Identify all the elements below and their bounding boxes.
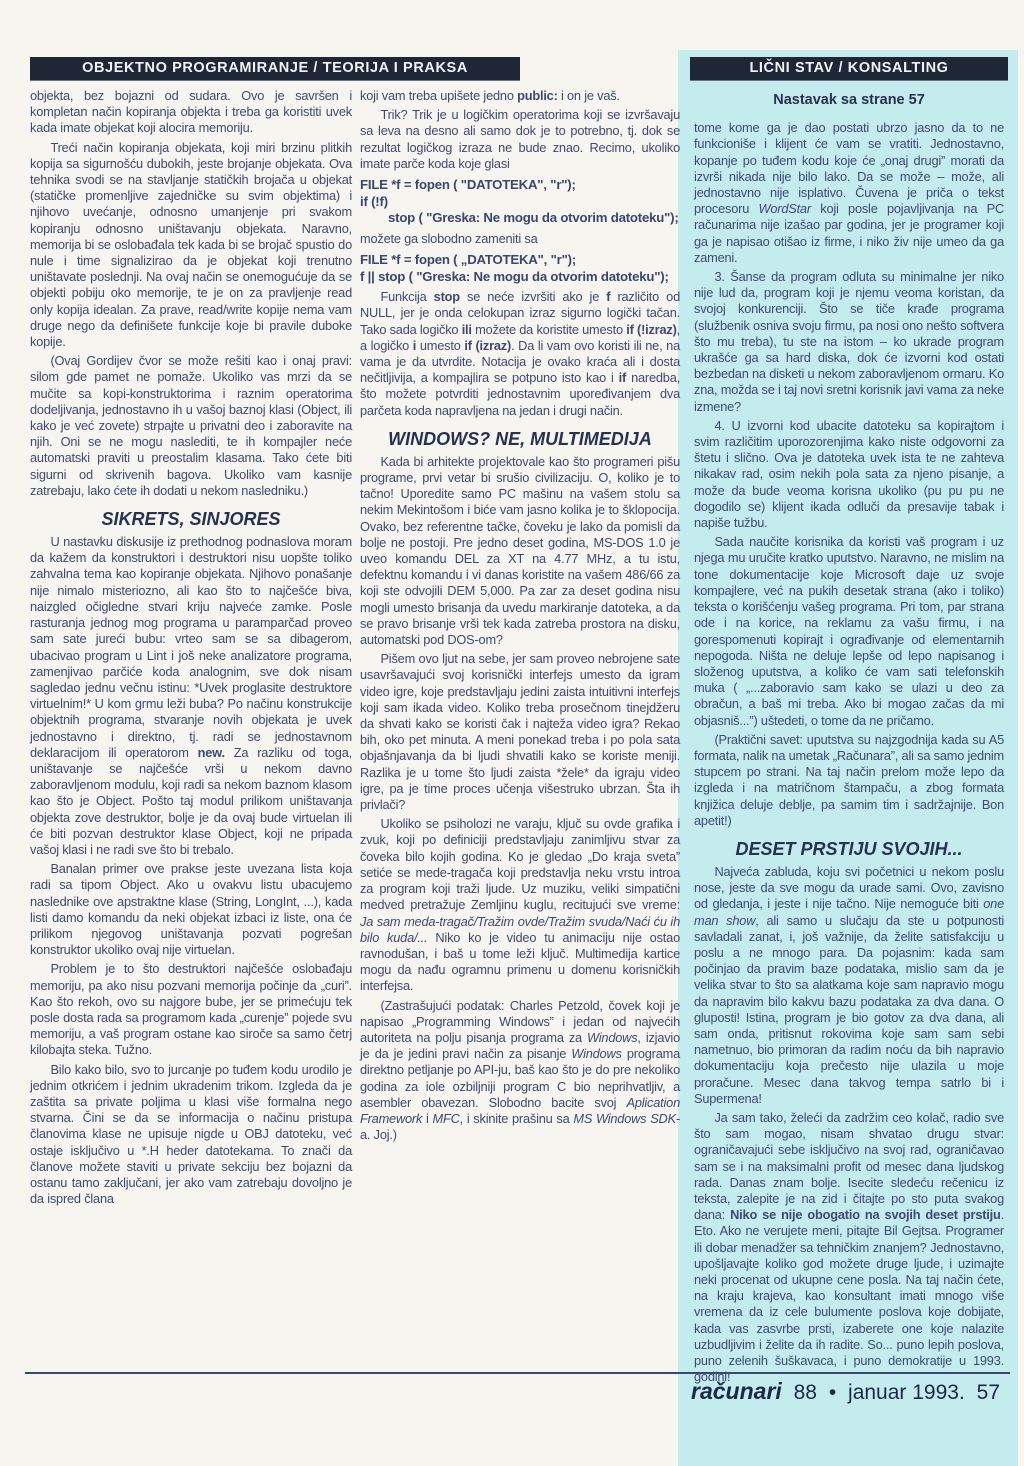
bullet-separator: • bbox=[829, 1381, 836, 1404]
page-footer: računari 88 • januar 1993. 57 bbox=[25, 1378, 1000, 1405]
code-line: FILE *f = fopen ( „DATOTEKA", "r"); bbox=[360, 252, 680, 269]
paragraph: Sada naučite korisnika da koristi vaš pr… bbox=[694, 534, 1004, 728]
paragraph: Banalan primer ove prakse jeste uvezana … bbox=[30, 861, 352, 958]
subheading-windows-multimedija: WINDOWS? NE, MULTIMEDIJA bbox=[360, 429, 680, 449]
page-number: 57 bbox=[977, 1381, 1000, 1404]
issue-number: 88 bbox=[794, 1381, 817, 1404]
paragraph: Trik? Trik je u logičkim operatorima koj… bbox=[360, 107, 680, 172]
paragraph: (Praktični savet: uputstva su najzgodnij… bbox=[694, 732, 1004, 829]
continuation-note: Nastavak sa strane 57 bbox=[694, 92, 1004, 108]
column-right: Nastavak sa strane 57 tome kome ga je da… bbox=[694, 88, 1004, 1385]
subheading-deset-prstiju: DESET PRSTIJU SVOJIH... bbox=[694, 839, 1004, 859]
section-header-left-label: OBJEKTNO PROGRAMIRANJE / TEORIJA I PRAKS… bbox=[82, 60, 468, 76]
column-middle: koji vam treba upišete jedno public: i o… bbox=[360, 88, 680, 1143]
paragraph: tome kome ga je dao postati ubrzo jasno … bbox=[694, 120, 1004, 266]
paragraph: Bilo kako bilo, svo to jurcanje po tuđem… bbox=[30, 1062, 352, 1208]
column-left: objekta, bez bojazni od sudara. Ovo je s… bbox=[30, 88, 352, 1207]
magazine-name: računari bbox=[691, 1378, 782, 1404]
paragraph: objekta, bez bojazni od sudara. Ovo je s… bbox=[30, 88, 352, 137]
paragraph: (Zastrašujući podatak: Charles Petzold, … bbox=[360, 998, 680, 1144]
paragraph: 3. Šanse da program odluta su minimalne … bbox=[694, 269, 1004, 415]
paragraph: Ja sam tako, želeći da zadržim ceo kolač… bbox=[694, 1110, 1004, 1385]
paragraph: možete ga slobodno zameniti sa bbox=[360, 231, 680, 247]
paragraph: Ukoliko se psiholozi ne varaju, ključ su… bbox=[360, 816, 680, 994]
paragraph: 4. U izvorni kod ubacite datoteku sa kop… bbox=[694, 418, 1004, 531]
code-line: FILE *f = fopen ( "DATOTEKA", "r"); bbox=[360, 177, 680, 194]
paragraph: Kada bi arhitekte projektovale kao što p… bbox=[360, 454, 680, 648]
code-line: if (!f) bbox=[360, 194, 680, 211]
section-header-right-label: LIČNI STAV / KONSALTING bbox=[749, 60, 948, 76]
code-line: stop ( "Greska: Ne mogu da otvorim datot… bbox=[360, 210, 680, 227]
paragraph: Problem je to što destruktori najčešće o… bbox=[30, 961, 352, 1058]
paragraph: Najveća zabluda, koju svi početnici u ne… bbox=[694, 864, 1004, 1107]
code-line: f || stop ( "Greska: Ne mogu da otvorim … bbox=[360, 269, 680, 286]
paragraph: (Ovaj Gordijev čvor se može rešiti kao i… bbox=[30, 353, 352, 499]
paragraph: Treći način kopiranja objekata, koji mir… bbox=[30, 140, 352, 351]
subheading-sikrets-sinjores: SIKRETS, SINJORES bbox=[30, 509, 352, 529]
issue-date: januar 1993. bbox=[848, 1381, 965, 1404]
paragraph: U nastavku diskusije iz prethodnog podna… bbox=[30, 534, 352, 858]
paragraph: koji vam treba upišete jedno public: i o… bbox=[360, 88, 680, 104]
footer-divider bbox=[25, 1372, 1010, 1374]
code-block-if: FILE *f = fopen ( "DATOTEKA", "r"); if (… bbox=[360, 177, 680, 227]
section-header-right: LIČNI STAV / KONSALTING bbox=[690, 57, 1008, 80]
section-header-left: OBJEKTNO PROGRAMIRANJE / TEORIJA I PRAKS… bbox=[30, 57, 520, 80]
paragraph: Funkcija stop se neće izvršiti ako je f … bbox=[360, 289, 680, 419]
code-block-or: FILE *f = fopen ( „DATOTEKA", "r"); f ||… bbox=[360, 252, 680, 285]
paragraph: Pišem ovo ljut na sebe, jer sam proveo n… bbox=[360, 651, 680, 813]
